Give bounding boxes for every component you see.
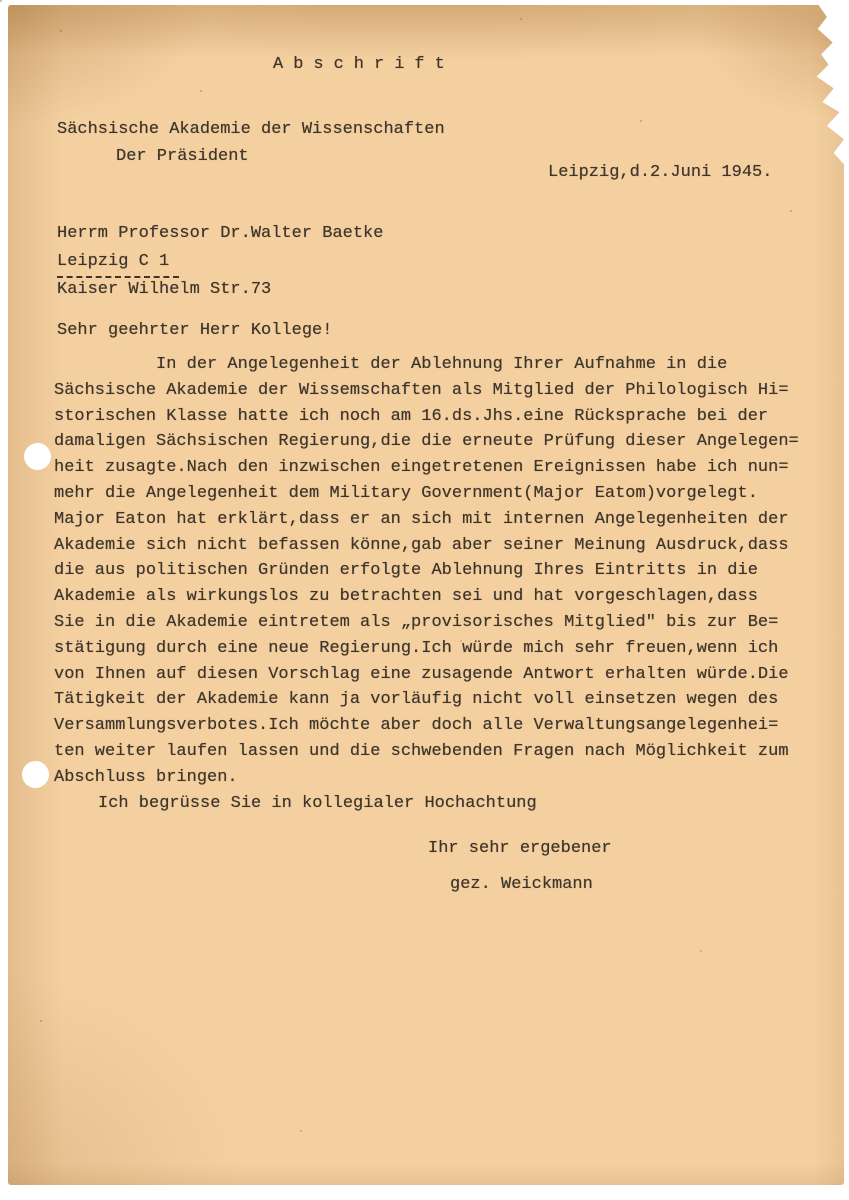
body-line: Tätigkeit der Akademie kann ja vorläufig…	[54, 687, 799, 713]
recipient-city: Leipzig C 1	[57, 249, 179, 278]
recipient-name: Herrm Professor Dr.Walter Baetke	[57, 221, 383, 247]
body-line: ten weiter laufen lassen und die schwebe…	[54, 739, 799, 765]
body-line: In der Angelegenheit der Ablehnung Ihrer…	[54, 352, 799, 378]
body-line: stätigung durch eine neue Regierung.Ich …	[54, 636, 799, 662]
body-line: Sie in die Akademie eintretem als „provi…	[54, 610, 799, 636]
valediction: Ihr sehr ergebener	[428, 836, 612, 862]
sender-organization: Sächsische Akademie der Wissenschaften	[57, 117, 445, 143]
document-heading: Abschrift	[273, 52, 455, 78]
body-line: storischen Klasse hatte ich noch am 16.d…	[54, 404, 799, 430]
body-line: Versammlungsverbotes.Ich möchte aber doc…	[54, 713, 799, 739]
signature: gez. Weickmann	[450, 872, 593, 898]
body-line: Sächsische Akademie der Wissemschaften a…	[54, 378, 799, 404]
body-line: Akademie sich nicht befassen könne,gab a…	[54, 533, 799, 559]
body-line: heit zusagte.Nach den inzwischen eingetr…	[54, 455, 799, 481]
recipient-street: Kaiser Wilhelm Str.73	[57, 277, 271, 303]
body-line: Akademie als wirkungslos zu betrachten s…	[54, 584, 799, 610]
paper-speckle	[0, 0, 2, 2]
dateline: Leipzig,d.2.Juni 1945.	[548, 160, 772, 186]
body-line: damaligen Sächsischen Regierung,die die …	[54, 429, 799, 455]
body-line: die aus politischen Gründen erfolgte Abl…	[54, 558, 799, 584]
letter-body: In der Angelegenheit der Ablehnung Ihrer…	[54, 352, 799, 791]
recipient-city-line: Leipzig C 1	[57, 249, 179, 278]
scanned-letter-page: Abschrift Sächsische Akademie der Wissen…	[0, 0, 849, 1200]
body-line: Major Eaton hat erklärt,dass er an sich …	[54, 507, 799, 533]
body-line: mehr die Angelegenheit dem Military Gove…	[54, 481, 799, 507]
sender-role: Der Präsident	[116, 144, 249, 170]
closing-line: Ich begrüsse Sie in kollegialer Hochacht…	[98, 791, 537, 817]
body-line: Abschluss bringen.	[54, 765, 799, 791]
hole-punch-bottom	[22, 761, 49, 788]
salutation: Sehr geehrter Herr Kollege!	[57, 318, 332, 344]
body-line: von Ihnen auf diesen Vorschlag eine zusa…	[54, 662, 799, 688]
hole-punch-top	[24, 443, 51, 470]
